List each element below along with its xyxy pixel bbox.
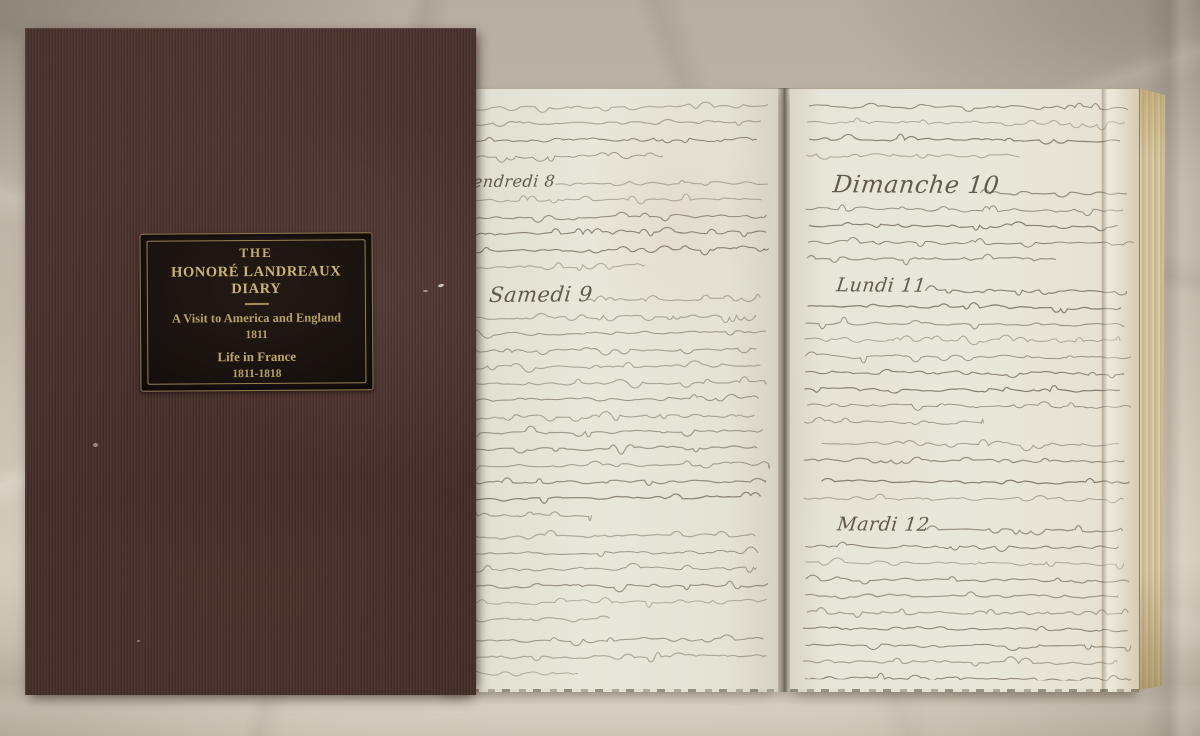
case-label-frame: THE HONORÉ LANDREAUX DIARY A Visit to Am… (147, 239, 367, 385)
handwriting-line (802, 363, 1135, 381)
label-rule (244, 302, 268, 304)
label-title: HONORÉ LANDREAUX DIARY (148, 263, 365, 299)
entry-heading: Mardi 12 (836, 513, 931, 535)
handwriting-line (451, 504, 773, 523)
diary-entry: Lundi 11 (801, 274, 1134, 430)
handwriting-line (452, 608, 774, 627)
handwriting-line (800, 602, 1133, 620)
diary-entry: Samedi 9 (449, 281, 772, 523)
right-page-bottom-edge (790, 689, 1140, 692)
handwriting-line (800, 586, 1133, 604)
handwriting-line (801, 412, 1134, 430)
entry-heading: Dimanche 10 (831, 171, 1000, 200)
handwriting-line (802, 346, 1135, 364)
diary-entry: Dimanche 10 (802, 171, 1135, 267)
handwriting-line: Mardi 12 (801, 514, 1134, 538)
diary-paragraph (803, 96, 1136, 164)
entry-heading: Samedi 9 (488, 282, 594, 307)
handwriting-line: Lundi 11 (802, 274, 1135, 298)
diary-paragraph (451, 525, 773, 627)
handwriting-line (803, 113, 1136, 131)
diary-paragraph (448, 96, 770, 165)
handwriting-line (801, 536, 1134, 554)
fore-edge-page-stack (1139, 88, 1165, 692)
page-gutter (778, 88, 790, 692)
handwriting-line (801, 450, 1134, 468)
handwriting-line (801, 553, 1134, 571)
left-page: Vendredi 8Samedi 9 (440, 88, 778, 692)
label-date-1: 1811 (245, 328, 267, 340)
handwriting-line (803, 146, 1136, 164)
handwriting-line: Vendredi 8 (448, 171, 770, 192)
diary-case: THE HONORÉ LANDREAUX DIARY A Visit to Am… (25, 28, 476, 695)
diary-paragraph (801, 434, 1134, 469)
handwriting-line (801, 488, 1134, 506)
handwriting-line (802, 330, 1135, 348)
diary-paragraph (452, 629, 774, 681)
diary-entry: Vendredi 8 (448, 171, 770, 275)
handwriting-line (801, 434, 1134, 452)
right-page: Dimanche 10Lundi 11Mardi 12 (790, 88, 1140, 692)
handwriting-line (803, 96, 1136, 114)
handwriting-line (452, 662, 774, 681)
handwriting-line (801, 472, 1134, 490)
handwriting-line (800, 619, 1133, 637)
handwriting-line (448, 145, 770, 164)
wear-speck (93, 443, 98, 447)
label-subtitle-1: A Visit to America and England (172, 310, 341, 326)
case-label: THE HONORÉ LANDREAUX DIARY A Visit to Am… (139, 232, 373, 392)
handwriting-line (802, 249, 1135, 267)
handwriting-line (802, 199, 1135, 217)
manuscript-book: Vendredi 8Samedi 9 Dimanche 10Lundi 11Ma… (440, 88, 1165, 692)
diary-paragraph (801, 472, 1134, 507)
handwriting-line (802, 313, 1135, 331)
wear-speck (137, 640, 140, 642)
handwriting-line (801, 379, 1134, 397)
photo-scene: Vendredi 8Samedi 9 Dimanche 10Lundi 11Ma… (0, 0, 1200, 736)
left-page-text: Vendredi 8Samedi 9 (448, 96, 774, 682)
entry-heading: Lundi 11 (835, 274, 927, 296)
handwriting-line (802, 216, 1135, 234)
handwriting-line (801, 396, 1134, 414)
handwriting-line (800, 652, 1133, 670)
left-page-bottom-edge (440, 689, 778, 692)
handwriting-line (800, 635, 1133, 653)
label-date-2: 1811-1818 (232, 367, 281, 379)
handwriting-line: Samedi 9 (449, 281, 771, 308)
right-page-text: Dimanche 10Lundi 11Mardi 12 (800, 96, 1136, 681)
handwriting-line (449, 256, 771, 275)
handwriting-line (802, 232, 1135, 250)
handwriting-line (800, 668, 1133, 681)
handwriting-line (803, 129, 1136, 147)
label-prefix: THE (239, 244, 273, 260)
wear-speck (423, 290, 428, 292)
label-subtitle-2: Life in France (217, 348, 296, 365)
handwriting-line (800, 569, 1133, 587)
wear-speck (438, 283, 445, 287)
diary-entry: Mardi 12 (800, 514, 1133, 681)
handwriting-line (802, 297, 1135, 315)
handwriting-line: Dimanche 10 (803, 171, 1136, 201)
